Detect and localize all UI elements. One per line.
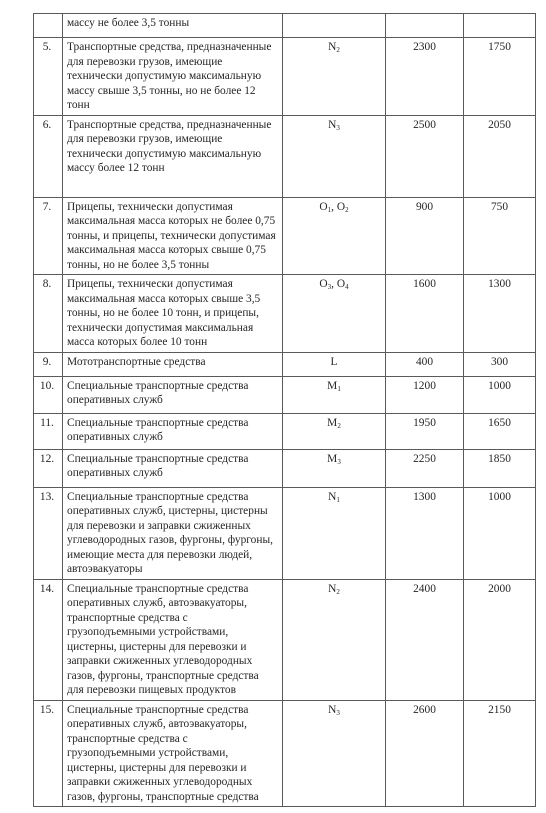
table-row: 14.Специальные транспортные средства опе…	[34, 579, 536, 700]
category-letter: M	[327, 453, 337, 465]
row-number: 12.	[34, 449, 63, 487]
category-letter: L	[331, 356, 338, 368]
value-column-1	[386, 14, 464, 38]
value-column-2: 1000	[464, 376, 536, 413]
category-subscript: 2	[336, 46, 340, 54]
value-column-1: 1600	[386, 275, 464, 353]
row-number: 10.	[34, 376, 63, 413]
category-subscript: 3	[337, 458, 341, 466]
category-letter: O	[337, 201, 345, 213]
row-number: 11.	[34, 413, 63, 449]
row-number: 6.	[34, 115, 63, 197]
value-column-2: 750	[464, 197, 536, 275]
value-column-2: 2050	[464, 115, 536, 197]
category-letter: O	[319, 201, 327, 213]
vehicle-description: Транспортные средства, предназначенные д…	[63, 38, 283, 116]
vehicle-category: N3	[283, 115, 386, 197]
value-column-2: 1650	[464, 413, 536, 449]
vehicle-category: N2	[283, 38, 386, 116]
category-subscript: 4	[345, 283, 349, 291]
vehicle-description: Мототранспортные средства	[63, 352, 283, 376]
scanned-document-page: массу не более 3,5 тонны5.Транспортные с…	[33, 13, 535, 807]
category-subscript: 1	[336, 496, 340, 504]
vehicle-category-table: массу не более 3,5 тонны5.Транспортные с…	[33, 13, 536, 807]
table-row: 12.Специальные транспортные средства опе…	[34, 449, 536, 487]
category-subscript: 1	[337, 385, 341, 393]
category-letter: M	[327, 417, 337, 429]
vehicle-description: Специальные транспортные средства операт…	[63, 579, 283, 700]
category-subscript: 3	[336, 709, 340, 717]
table-row: 11.Специальные транспортные средства опе…	[34, 413, 536, 449]
value-column-1: 2300	[386, 38, 464, 116]
vehicle-category: O3, O4	[283, 275, 386, 353]
value-column-1: 900	[386, 197, 464, 275]
vehicle-description: Специальные транспортные средства операт…	[63, 376, 283, 413]
category-subscript: 2	[337, 422, 341, 430]
value-column-2: 1850	[464, 449, 536, 487]
table-row: 5.Транспортные средства, предназначенные…	[34, 38, 536, 116]
vehicle-category	[283, 14, 386, 38]
value-column-1: 1950	[386, 413, 464, 449]
vehicle-category: M1	[283, 376, 386, 413]
vehicle-category: N3	[283, 700, 386, 807]
value-column-2: 2150	[464, 700, 536, 807]
row-number: 14.	[34, 579, 63, 700]
value-column-1: 2250	[386, 449, 464, 487]
value-column-1: 2600	[386, 700, 464, 807]
row-number: 13.	[34, 487, 63, 579]
row-number: 15.	[34, 700, 63, 807]
vehicle-category: L	[283, 352, 386, 376]
row-number: 7.	[34, 197, 63, 275]
category-subscript: 3	[328, 283, 332, 291]
category-subscript: 2	[345, 206, 349, 214]
vehicle-description: Специальные транспортные средства операт…	[63, 413, 283, 449]
category-subscript: 3	[336, 124, 340, 132]
vehicle-description: Специальные транспортные средства операт…	[63, 449, 283, 487]
vehicle-category: O1, O2	[283, 197, 386, 275]
value-column-1: 2500	[386, 115, 464, 197]
value-column-2: 1000	[464, 487, 536, 579]
value-column-1: 2400	[386, 579, 464, 700]
category-letter: M	[327, 380, 337, 392]
row-number: 5.	[34, 38, 63, 116]
vehicle-category: N1	[283, 487, 386, 579]
value-column-2: 2000	[464, 579, 536, 700]
value-column-1: 400	[386, 352, 464, 376]
table-row: 8.Прицепы, технически допустимая максима…	[34, 275, 536, 353]
value-column-2: 300	[464, 352, 536, 376]
table-row: 9.Мототранспортные средстваL400300	[34, 352, 536, 376]
vehicle-category: N2	[283, 579, 386, 700]
table-row: 13.Специальные транспортные средства опе…	[34, 487, 536, 579]
vehicle-category: M3	[283, 449, 386, 487]
row-number	[34, 14, 63, 38]
table-body: массу не более 3,5 тонны5.Транспортные с…	[34, 14, 536, 807]
row-number: 9.	[34, 352, 63, 376]
value-column-2: 1300	[464, 275, 536, 353]
row-number: 8.	[34, 275, 63, 353]
vehicle-description: Специальные транспортные средства операт…	[63, 700, 283, 807]
table-row: 7.Прицепы, технически допустимая максима…	[34, 197, 536, 275]
value-column-1: 1200	[386, 376, 464, 413]
table-row: 10.Специальные транспортные средства опе…	[34, 376, 536, 413]
vehicle-description: Транспортные средства, предназначенные д…	[63, 115, 283, 197]
table-row: 15.Специальные транспортные средства опе…	[34, 700, 536, 807]
vehicle-description: Специальные транспортные средства операт…	[63, 487, 283, 579]
vehicle-category: M2	[283, 413, 386, 449]
table-row: 6.Транспортные средства, предназначенные…	[34, 115, 536, 197]
category-letter: O	[319, 278, 327, 290]
category-subscript: 1	[328, 206, 332, 214]
table-row: массу не более 3,5 тонны	[34, 14, 536, 38]
value-column-2	[464, 14, 536, 38]
vehicle-description: массу не более 3,5 тонны	[63, 14, 283, 38]
category-subscript: 2	[336, 588, 340, 596]
vehicle-description: Прицепы, технически допустимая максималь…	[63, 275, 283, 353]
value-column-2: 1750	[464, 38, 536, 116]
vehicle-description: Прицепы, технически допустимая максималь…	[63, 197, 283, 275]
value-column-1: 1300	[386, 487, 464, 579]
category-letter: O	[337, 278, 345, 290]
